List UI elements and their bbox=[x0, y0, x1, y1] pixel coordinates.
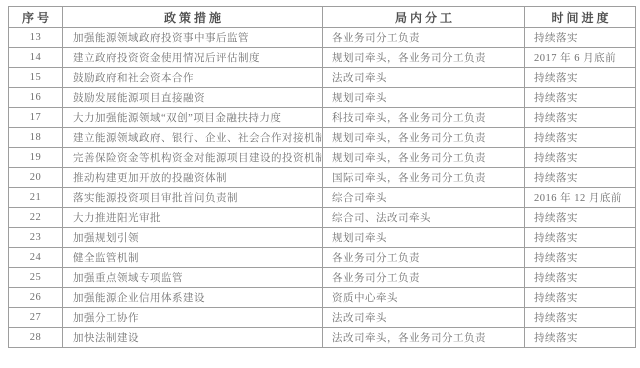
cell-division: 规划司牵头 bbox=[323, 88, 525, 108]
cell-schedule: 持续落实 bbox=[525, 88, 636, 108]
cell-division: 综合司、法改司牵头 bbox=[323, 208, 525, 228]
cell-schedule: 2016 年 12 月底前 bbox=[525, 188, 636, 208]
cell-schedule: 持续落实 bbox=[525, 108, 636, 128]
cell-id: 17 bbox=[9, 108, 63, 128]
policy-table: 序号 政策措施 局内分工 时间进度 13加强能源领域政府投资事中事后监管各业务司… bbox=[8, 6, 636, 348]
cell-division: 规划司牵头，各业务司分工负责 bbox=[323, 148, 525, 168]
table-row: 26加强能源企业信用体系建设资质中心牵头持续落实 bbox=[9, 288, 636, 308]
cell-schedule: 持续落实 bbox=[525, 248, 636, 268]
table-row: 19完善保险资金等机构资金对能源项目建设的投资机制规划司牵头，各业务司分工负责持… bbox=[9, 148, 636, 168]
cell-schedule: 持续落实 bbox=[525, 28, 636, 48]
cell-schedule: 持续落实 bbox=[525, 228, 636, 248]
cell-schedule: 持续落实 bbox=[525, 68, 636, 88]
cell-measure: 大力加强能源领域“双创”项目金融扶持力度 bbox=[63, 108, 323, 128]
cell-division: 规划司牵头，各业务司分工负责 bbox=[323, 128, 525, 148]
table-row: 22大力推进阳光审批综合司、法改司牵头持续落实 bbox=[9, 208, 636, 228]
cell-id: 23 bbox=[9, 228, 63, 248]
cell-schedule: 持续落实 bbox=[525, 148, 636, 168]
cell-measure: 落实能源投资项目审批首问负责制 bbox=[63, 188, 323, 208]
cell-id: 27 bbox=[9, 308, 63, 328]
cell-measure: 建立政府投资资金使用情况后评估制度 bbox=[63, 48, 323, 68]
cell-measure: 完善保险资金等机构资金对能源项目建设的投资机制 bbox=[63, 148, 323, 168]
cell-id: 22 bbox=[9, 208, 63, 228]
cell-division: 资质中心牵头 bbox=[323, 288, 525, 308]
cell-measure: 加强能源企业信用体系建设 bbox=[63, 288, 323, 308]
cell-id: 24 bbox=[9, 248, 63, 268]
cell-division: 各业务司分工负责 bbox=[323, 248, 525, 268]
cell-division: 各业务司分工负责 bbox=[323, 28, 525, 48]
header-cell-division: 局内分工 bbox=[323, 7, 525, 28]
cell-schedule: 持续落实 bbox=[525, 128, 636, 148]
table-row: 14建立政府投资资金使用情况后评估制度规划司牵头，各业务司分工负责2017 年 … bbox=[9, 48, 636, 68]
table-row: 13加强能源领域政府投资事中事后监管各业务司分工负责持续落实 bbox=[9, 28, 636, 48]
cell-division: 国际司牵头，各业务司分工负责 bbox=[323, 168, 525, 188]
cell-schedule: 持续落实 bbox=[525, 328, 636, 348]
cell-id: 19 bbox=[9, 148, 63, 168]
cell-measure: 加强能源领域政府投资事中事后监管 bbox=[63, 28, 323, 48]
cell-division: 规划司牵头，各业务司分工负责 bbox=[323, 48, 525, 68]
cell-schedule: 持续落实 bbox=[525, 288, 636, 308]
cell-id: 21 bbox=[9, 188, 63, 208]
cell-measure: 健全监管机制 bbox=[63, 248, 323, 268]
cell-measure: 加强分工协作 bbox=[63, 308, 323, 328]
cell-measure: 鼓励发展能源项目直接融资 bbox=[63, 88, 323, 108]
table-row: 21落实能源投资项目审批首问负责制综合司牵头2016 年 12 月底前 bbox=[9, 188, 636, 208]
table-row: 27加强分工协作法改司牵头持续落实 bbox=[9, 308, 636, 328]
cell-division: 各业务司分工负责 bbox=[323, 268, 525, 288]
cell-id: 26 bbox=[9, 288, 63, 308]
table-body: 13加强能源领域政府投资事中事后监管各业务司分工负责持续落实14建立政府投资资金… bbox=[9, 28, 636, 348]
cell-id: 15 bbox=[9, 68, 63, 88]
header-row: 序号 政策措施 局内分工 时间进度 bbox=[9, 7, 636, 28]
cell-division: 规划司牵头 bbox=[323, 228, 525, 248]
cell-schedule: 持续落实 bbox=[525, 308, 636, 328]
cell-division: 法改司牵头，各业务司分工负责 bbox=[323, 328, 525, 348]
table-row: 25加强重点领域专项监管各业务司分工负责持续落实 bbox=[9, 268, 636, 288]
table-row: 23加强规划引领规划司牵头持续落实 bbox=[9, 228, 636, 248]
cell-measure: 大力推进阳光审批 bbox=[63, 208, 323, 228]
header-cell-schedule: 时间进度 bbox=[525, 7, 636, 28]
cell-division: 法改司牵头 bbox=[323, 308, 525, 328]
cell-measure: 加快法制建设 bbox=[63, 328, 323, 348]
table-header: 序号 政策措施 局内分工 时间进度 bbox=[9, 7, 636, 28]
table-row: 28加快法制建设法改司牵头，各业务司分工负责持续落实 bbox=[9, 328, 636, 348]
document-page: 序号 政策措施 局内分工 时间进度 13加强能源领域政府投资事中事后监管各业务司… bbox=[0, 0, 640, 368]
table-row: 15鼓励政府和社会资本合作法改司牵头持续落实 bbox=[9, 68, 636, 88]
cell-id: 14 bbox=[9, 48, 63, 68]
header-cell-id: 序号 bbox=[9, 7, 63, 28]
cell-division: 科技司牵头，各业务司分工负责 bbox=[323, 108, 525, 128]
cell-schedule: 持续落实 bbox=[525, 168, 636, 188]
cell-schedule: 2017 年 6 月底前 bbox=[525, 48, 636, 68]
cell-id: 18 bbox=[9, 128, 63, 148]
table-row: 16鼓励发展能源项目直接融资规划司牵头持续落实 bbox=[9, 88, 636, 108]
table-row: 24健全监管机制各业务司分工负责持续落实 bbox=[9, 248, 636, 268]
cell-measure: 加强重点领域专项监管 bbox=[63, 268, 323, 288]
cell-measure: 推动构建更加开放的投融资体制 bbox=[63, 168, 323, 188]
cell-id: 28 bbox=[9, 328, 63, 348]
cell-division: 法改司牵头 bbox=[323, 68, 525, 88]
cell-id: 20 bbox=[9, 168, 63, 188]
cell-measure: 建立能源领域政府、银行、企业、社会合作对接机制 bbox=[63, 128, 323, 148]
table-row: 20推动构建更加开放的投融资体制国际司牵头，各业务司分工负责持续落实 bbox=[9, 168, 636, 188]
cell-measure: 加强规划引领 bbox=[63, 228, 323, 248]
table-row: 18建立能源领域政府、银行、企业、社会合作对接机制规划司牵头，各业务司分工负责持… bbox=[9, 128, 636, 148]
cell-id: 25 bbox=[9, 268, 63, 288]
cell-schedule: 持续落实 bbox=[525, 208, 636, 228]
cell-id: 13 bbox=[9, 28, 63, 48]
header-cell-measure: 政策措施 bbox=[63, 7, 323, 28]
table-row: 17大力加强能源领域“双创”项目金融扶持力度科技司牵头，各业务司分工负责持续落实 bbox=[9, 108, 636, 128]
cell-measure: 鼓励政府和社会资本合作 bbox=[63, 68, 323, 88]
cell-division: 综合司牵头 bbox=[323, 188, 525, 208]
cell-schedule: 持续落实 bbox=[525, 268, 636, 288]
cell-id: 16 bbox=[9, 88, 63, 108]
